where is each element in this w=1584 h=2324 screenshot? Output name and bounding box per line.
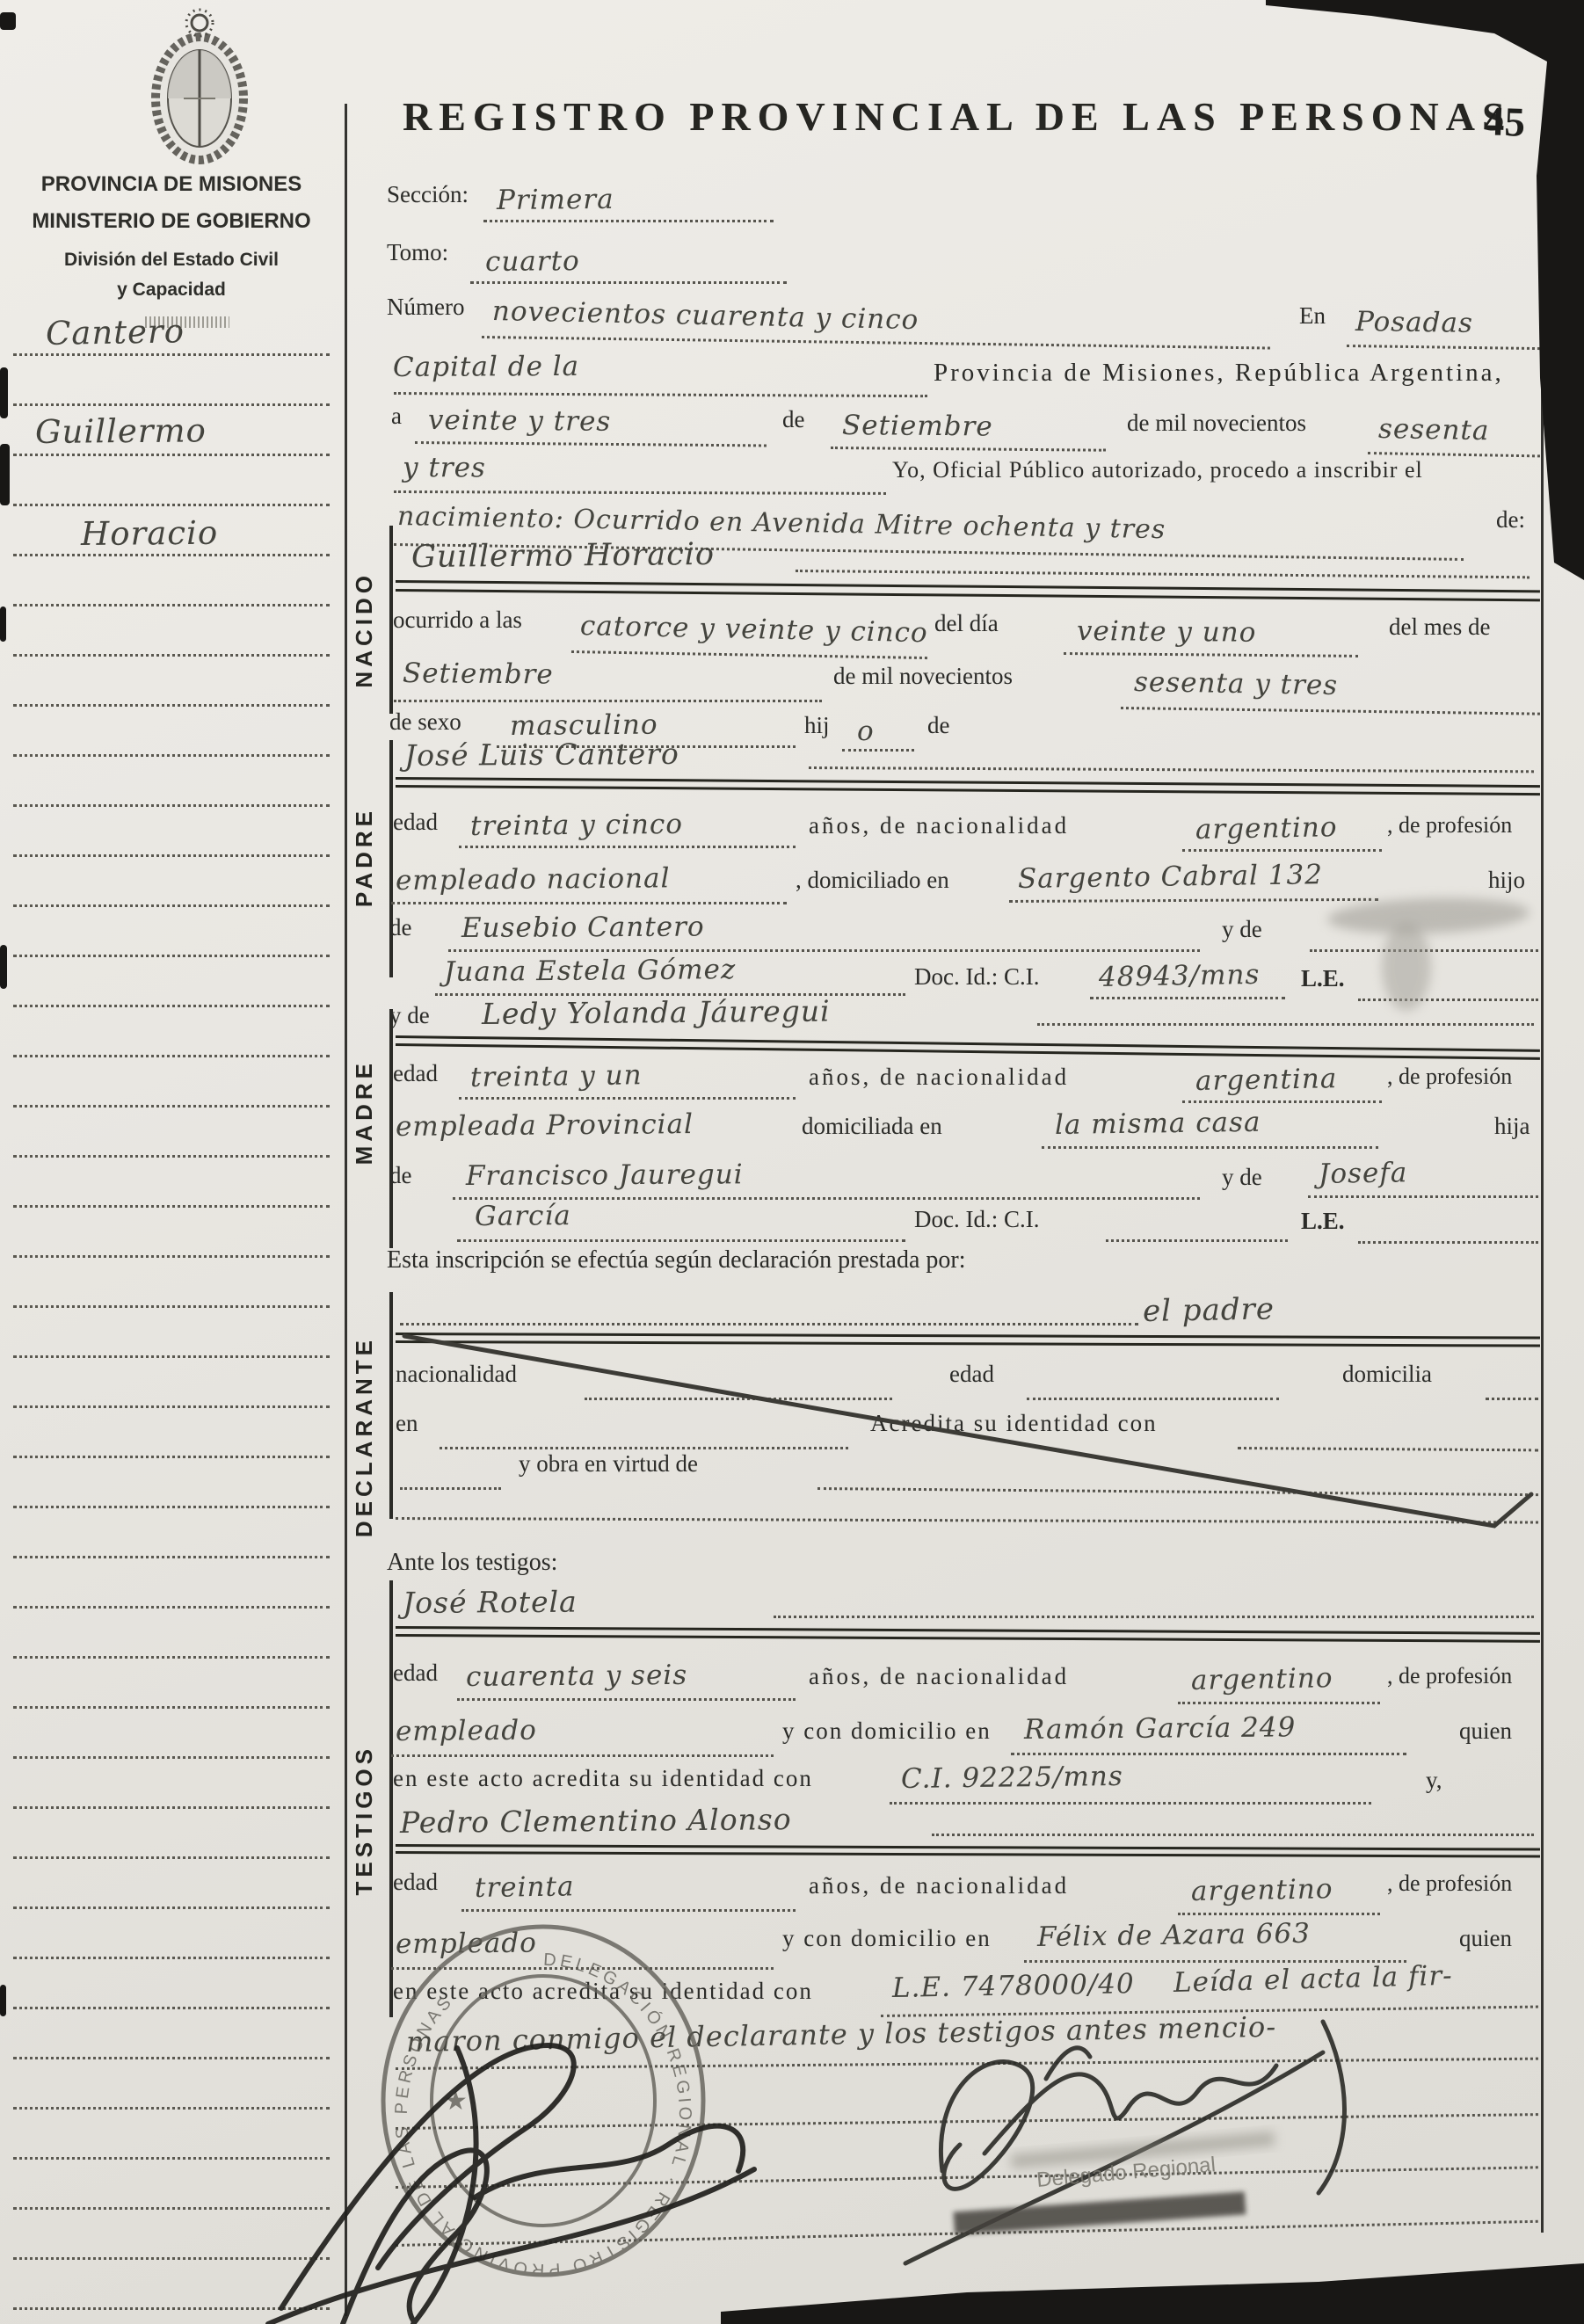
margin-ruled-line [13,1155,330,1158]
hij-suffix-value: o [857,715,875,747]
ruled-line [585,1398,892,1400]
declarante-value: el padre [1143,1291,1275,1329]
testigo2-nombre-value: Pedro Clementino Alonso [400,1802,792,1840]
coat-of-arms [148,4,251,171]
margin-ruled-line [13,1756,330,1759]
ruled-line [1178,1702,1380,1704]
declarante-section-bracket [389,1292,393,1519]
stamp-star-icon: ★ [444,2087,468,2116]
margin-ruled-line [13,504,330,506]
ruled-line [809,766,1534,773]
madre-edad-label: edad [393,1060,438,1087]
testigo1-nombre-value: José Rotela [403,1585,578,1620]
ruled-line [400,1487,501,1490]
margin-ruled-line [13,1005,330,1007]
scan-mark [0,367,8,418]
scan-mark [0,1985,6,2016]
madre-anos-label: años, de nacionalidad [809,1064,1069,1091]
ruled-line [400,1323,1138,1325]
ruled-line [1347,345,1540,350]
ruled-line [396,2220,1538,2247]
madre-nacionalidad-value: argentina [1195,1063,1338,1097]
padre-anos-label: años, de nacionalidad [809,812,1069,839]
margin-ruled-line [13,1205,330,1208]
madre-profesion-value: empleada Provincial [396,1108,694,1143]
letterhead-line3: División del Estado Civil [19,250,323,271]
ruled-line [932,1834,1534,1836]
t1-quien-label: quien [1459,1718,1512,1745]
section-label-declarante: DECLARANTE [351,1336,378,1537]
ruled-line [391,902,787,904]
dia-nacimiento-value: veinte y uno [1077,615,1257,649]
t1-acredita-label: en este acto acredita su identidad con [393,1765,813,1792]
margin-ruled-line [13,2157,330,2160]
padre-nombre-value: José Luis Cantero [404,737,679,773]
ruled-line [1009,898,1378,903]
ruled-line [394,700,822,702]
t2-nacionalidad-value: argentino [1191,1873,1333,1907]
section-label-madre: MADRE [351,1059,378,1165]
t2-quien-label: quien [1459,1925,1512,1952]
cierre-linea1-value: Leída el acta la fir- [1173,1960,1454,1999]
t1-domicilio-value: Ramón García 249 [1024,1711,1297,1746]
margin-ruled-line [13,654,330,657]
margin-ruled-line [13,2257,330,2260]
margin-ruled-line [13,1305,330,1308]
ruled-line [774,1616,1534,1618]
anio-value-2: y tres [403,452,486,483]
ruled-line [817,1487,1538,1496]
padre-le-label: L.E. [1301,965,1345,992]
ink-smudge [1326,895,1530,937]
ruled-line [1037,1023,1534,1026]
page-title: REGISTRO PROVINCIAL DE LAS PERSONAS [403,93,1512,140]
padre-profesion-label: , de profesión [1387,812,1512,839]
margin-ruled-line [13,1906,330,1909]
abuela-paterna-value: Juana Estela Gómez [444,954,737,988]
ruled-line [448,949,1200,952]
ruled-line [842,749,914,752]
de-sexo-label: de sexo [389,708,461,736]
scan-edge-bottom [721,2250,1584,2324]
padre-hijo-label: hijo [1488,867,1525,894]
ruled-line [796,570,1530,578]
ruled-line [470,281,787,284]
capital-value: Capital de la [393,351,579,383]
t1-anos-label: años, de nacionalidad [809,1663,1069,1690]
padre-doc-value: 48943/mns [1099,959,1261,993]
margin-ruled-line [13,804,330,807]
padre-edad-value: treinta y cinco [470,809,683,842]
margin-ruled-line [13,1255,330,1258]
demil-label: de mil novecientos [1127,410,1306,437]
ruled-line [415,441,767,447]
scanned-birth-certificate: PROVINCIA DE MISIONES MINISTERIO DE GOBI… [0,0,1584,2324]
hijo-de-label: de [927,712,949,739]
scan-mark [0,606,6,642]
abuela-materna-value-2: García [475,1200,571,1232]
section-label-nacido: NACIDO [351,571,378,688]
t1-y-label: y, [1426,1767,1442,1794]
ruled-line [483,220,774,222]
form-left-rule [345,104,347,2316]
ruled-line [571,650,927,659]
t2-edad-label: edad [393,1869,438,1896]
madre-de-label: de [389,1162,411,1189]
scan-mark [0,444,10,505]
ruled-line [396,2058,1538,2070]
double-rule [396,785,1540,795]
ruled-line [396,2166,1538,2189]
testigos-heading: Ante los testigos: [387,1549,557,1577]
del-dia-label: del día [934,610,999,637]
ruled-line [1042,1146,1378,1149]
madre-edad-value: treinta y un [470,1059,643,1093]
margin-ruled-line [13,704,330,707]
padre-de-label: de [389,914,411,941]
ruled-line [440,1447,848,1449]
madre-yde2-label: y de [1222,1164,1262,1191]
decl-acredita-label: Acredita su identidad con [870,1410,1158,1437]
madre-yde-label: y de [389,1002,430,1029]
margin-ruled-line [13,1355,330,1358]
double-rule [396,1844,1540,1851]
margin-ruled-line [13,1506,330,1508]
double-rule [396,1626,1540,1635]
hij-label: hij [804,712,830,739]
section-label-testigos: TESTIGOS [351,1745,378,1895]
margin-ruled-line [13,403,330,406]
margin-given-name-2: Horacio [81,514,218,553]
t1-edad-value: cuarenta y seis [466,1659,687,1693]
ruled-line [1238,1447,1538,1451]
hora-value: catorce y veinte y cinco [580,610,928,649]
margin-ruled-line [13,1055,330,1057]
madre-nombre-value: Ledy Yolanda Jáuregui [482,994,831,1031]
double-rule [396,1340,1540,1347]
ruled-line [1310,949,1538,952]
margin-ruled-line [13,2007,330,2009]
tomo-label: Tomo: [387,239,448,266]
decl-domicilia-label: domicilia [1342,1361,1432,1388]
seccion-value: Primera [497,184,614,216]
decl-virtud-label: y obra en virtud de [519,1450,698,1478]
demil-nacido-label: de mil novecientos [833,663,1013,690]
ruled-line [1358,999,1538,1001]
declaracion-heading: Esta inscripción se efectúa según declar… [387,1246,966,1275]
ruled-line [1064,652,1358,657]
margin-ruled-line [13,1806,330,1809]
decl-edad-label: edad [949,1361,994,1388]
madre-doc-label: Doc. Id.: C.I. [914,1206,1039,1233]
t1-profesion-value: empleado [396,1715,537,1747]
t1-nacionalidad-value: argentino [1191,1662,1333,1696]
en-label: En [1299,302,1326,330]
ruled-line [1486,1398,1538,1400]
page-number: 45 [1483,98,1526,147]
ruled-line [1106,1239,1288,1242]
margin-ruled-line [13,1556,330,1558]
double-rule [396,1043,1540,1060]
a-label: a [391,403,402,430]
mes-value: Setiembre [842,410,993,442]
margin-ruled-line [13,1105,330,1108]
ruled-line [1178,1913,1380,1915]
abuelo-paterno-value: Eusebio Cantero [461,911,705,944]
provincia-label: Provincia de Misiones, República Argenti… [934,359,1504,388]
mes-nacimiento-value: Setiembre [403,657,554,690]
de-label: de [782,406,804,433]
margin-ruled-line [13,1606,330,1609]
margin-ruled-line [13,604,330,606]
margin-ruled-line [13,754,330,757]
t2-profesion-label: , de profesión [1387,1870,1512,1897]
padre-nacionalidad-value: argentino [1195,811,1338,846]
decl-en-label: en [396,1410,418,1437]
ruled-line [1182,849,1382,852]
padre-domicilio-value: Sargento Cabral 132 [1018,859,1323,895]
madre-domiciliada-label: domiciliada en [802,1113,942,1140]
abuelo-materno-value: Francisco Jauregui [466,1158,744,1192]
madre-profesion-label: , de profesión [1387,1064,1512,1090]
margin-surname: Cantero [46,312,185,352]
ruled-line [457,1239,905,1242]
madre-domicilio-value: la misma casa [1055,1107,1261,1141]
scan-mark [0,945,7,989]
padre-yde-label: y de [1222,916,1262,943]
t2-doc-value: L.E. 7478000/40 [892,1968,1135,2004]
form-right-rule [1541,205,1544,2233]
t1-profesion-label: , de profesión [1387,1663,1512,1689]
abuela-materna-value-1: Josefa [1319,1157,1408,1190]
margin-ruled-line [13,1405,330,1408]
ruled-line [461,1909,796,1912]
ruled-line [1182,1100,1382,1103]
ruled-line [1090,997,1285,999]
margin-given-name-1: Guillermo [35,411,207,451]
ruled-line [396,2113,1538,2130]
letterhead-line2: MINISTERIO DE GOBIERNO [19,209,323,234]
section-label-padre: PADRE [351,807,378,907]
t1-domicilio-label: y con domicilio en [782,1718,992,1745]
t2-edad-value: treinta [475,1870,575,1904]
t1-edad-label: edad [393,1659,438,1687]
ruled-line [890,1802,1371,1805]
scan-mark [0,12,16,30]
ocurrido-label: ocurrido a las [393,606,522,634]
padre-section-bracket [389,740,393,977]
margin-ruled-line [13,2207,330,2210]
tomo-value: cuarto [485,245,580,278]
ruled-line [1308,1195,1538,1198]
double-rule [396,1333,1540,1340]
margin-ruled-line [13,554,330,556]
inscripto-name-value: Guillermo Horacio [411,537,715,575]
margin-ruled-line [13,1856,330,1859]
margin-ruled-line [13,2107,330,2110]
ruled-line [1121,707,1540,715]
ruled-line [457,1698,796,1701]
padre-doc-label: Doc. Id.: C.I. [914,963,1039,991]
ruled-line [396,1517,1538,1524]
ruled-line [391,1754,774,1757]
margin-ruled-line [13,2057,330,2059]
cierre-linea2-value: maron conmigo el declarante y los testig… [406,2010,1277,2059]
madre-hija-label: hija [1494,1113,1530,1140]
decl-nacionalidad-label: nacionalidad [396,1361,517,1388]
scan-edge-top-right [1231,0,1584,598]
margin-ruled-line [13,1656,330,1659]
t2-profesion-value: empleado [396,1928,537,1960]
ruled-line [1011,1753,1406,1755]
numero-label: Número [387,294,464,321]
t2-domicilio-label: y con domicilio en [782,1925,992,1952]
margin-ruled-line [13,1456,330,1458]
ruled-line [831,447,1106,452]
t2-anos-label: años, de nacionalidad [809,1872,1069,1899]
ruled-line [394,490,886,495]
margin-ruled-line [13,353,330,356]
t1-doc-value: C.I. 92225/mns [901,1761,1123,1795]
faint-stamp-line [1011,2132,1275,2168]
oficial-publico-label: Yo, Oficial Público autorizado, procedo … [892,457,1423,483]
ruled-line [459,1097,796,1100]
ruled-line [394,392,927,397]
ruled-line [459,846,796,848]
del-mes-label: del mes de [1389,614,1490,641]
ink-smudge [1382,923,1431,1011]
testigos-section-bracket [389,1580,393,2017]
anio-value-1: sesenta [1378,413,1490,447]
margin-ruled-line [13,904,330,907]
de-colon-label: de: [1496,506,1525,534]
ruled-line [391,1967,774,1970]
t2-domicilio-value: Félix de Azara 663 [1037,1918,1311,1953]
padre-profesion-value: empleado nacional [396,862,671,897]
margin-ruled-line [13,1957,330,1959]
dia-value: veinte y tres [428,404,612,438]
margin-ruled-line [13,454,330,456]
numero-value: novecientos cuarenta y cinco [492,295,919,336]
margin-ruled-line [13,955,330,957]
padre-domiciliado-label: , domiciliado en [796,867,949,894]
margin-ruled-line [13,854,330,857]
ciudad-value: Posadas [1355,306,1473,339]
letterhead-line1: PROVINCIA DE MISIONES [19,172,323,197]
margin-ruled-line [13,1706,330,1709]
madre-le-label: L.E. [1301,1208,1345,1235]
anio-nacimiento-value: sesenta y tres [1134,666,1339,701]
ruled-line [482,336,1270,350]
ruled-line [1027,1398,1279,1400]
t2-acredita-label: en este acto acredita su identidad con [393,1978,813,2005]
letterhead-line4: y Capacidad [19,280,323,301]
double-rule [396,1851,1540,1858]
ruled-line [1358,1241,1538,1244]
double-rule [396,1634,1540,1643]
margin-ruled-line [13,2307,330,2310]
madre-section-bracket [389,1009,393,1248]
seccion-label: Sección: [387,181,469,208]
padre-edad-label: edad [393,809,438,836]
